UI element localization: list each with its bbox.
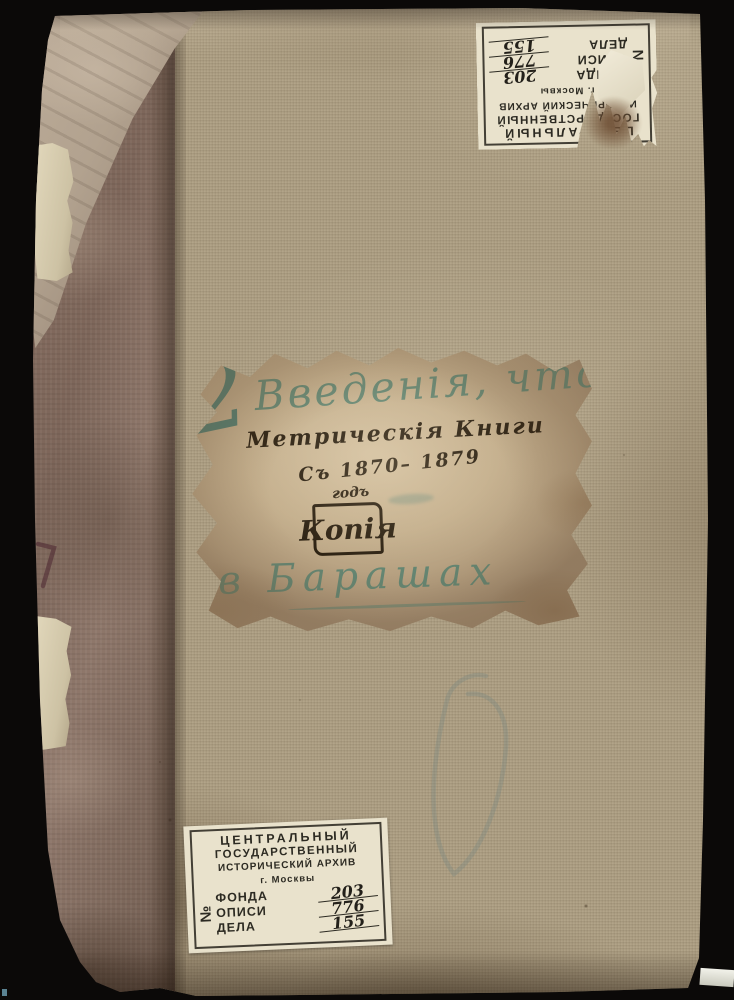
dark-edge-mark [0, 0, 734, 1000]
scan-artifact [2, 989, 7, 996]
photo-of-book-cover: 2 Введенія, что Метрическія Книги Съ 187… [0, 0, 734, 1000]
scanner-bed-sliver [699, 968, 734, 987]
